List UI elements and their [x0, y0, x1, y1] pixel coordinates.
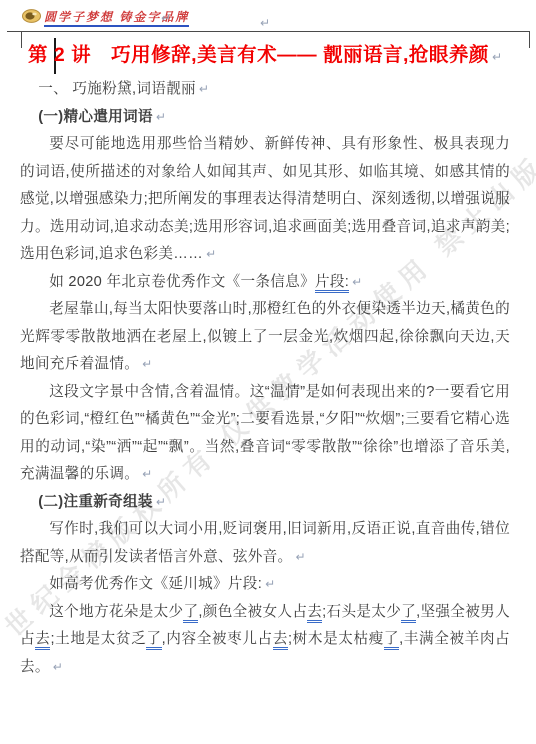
section-heading-text: 一、 巧施粉黛,词语靓丽: [38, 81, 196, 97]
section-heading: 一、 巧施粉黛,词语靓丽↵: [20, 76, 510, 104]
paragraph-mark-icon: ↵: [260, 16, 270, 30]
body-text: 树木是太枯瘦: [292, 631, 384, 647]
paragraph-mark-icon: ↵: [492, 50, 502, 64]
paragraph-mark-icon: ↵: [199, 82, 209, 96]
quoted-essay-paragraph: 老屋靠山,每当太阳快要落山时,那橙红色的外衣便染透半边天,橘黄色的光辉零零散散地…: [20, 296, 510, 379]
body-text: 老屋靠山,每当太阳快要落山时,那橙红色的外衣便染透半边天,橘黄色的光辉零零散散地…: [20, 301, 510, 372]
analysis-paragraph: 这段文字景中含情,含着温情。这“温情”是如何表现出来的?一要看它用的色彩词,“橙…: [20, 379, 510, 489]
paragraph-mark-icon: ↵: [352, 275, 362, 289]
publisher-logo-icon: [22, 9, 41, 23]
subheading-2-text: (二)注重新奇组装: [38, 494, 153, 510]
grammar-marked-text[interactable]: 了: [401, 604, 416, 623]
paragraph-mark-icon: ↵: [265, 577, 275, 591]
document-content: 第 2 讲 巧用修辞,美言有术—— 靓丽语言,抢眼养颜↵ 一、 巧施粉黛,词语靓…: [20, 37, 510, 681]
paragraph-mark-icon: ↵: [161, 11, 171, 25]
margin-mark-right: [529, 31, 530, 48]
subheading-1: (一)精心遣用词语↵: [20, 104, 510, 132]
body-text: 如 2020 年北京卷优秀作文《一条信息》: [49, 274, 315, 290]
body-text: 这段文字景中含情,含着温情。这“温情”是如何表现出来的?一要看它用的色彩词,“橙…: [20, 384, 510, 483]
example-intro-paragraph: 如高考优秀作文《延川城》片段:↵: [20, 571, 510, 599]
body-text: 要尽可能地选用那些恰当精妙、新鲜传神、具有形象性、极具表现力的词语,使所描述的对…: [20, 136, 510, 262]
paragraph-mark-icon: ↵: [142, 467, 152, 481]
quoted-essay-paragraph-marked: 这个地方花朵是太少了,颜色全被女人占去;石头是太少了,坚强全被男人占去;土地是太…: [20, 599, 510, 682]
lesson-title-text: 第 2 讲 巧用修辞,美言有术—— 靓丽语言,抢眼养颜: [28, 44, 489, 66]
grammar-marked-text[interactable]: 了: [183, 604, 198, 623]
document-page: 世纪金榜版权所有 仅供教学活动使用 禁止出版等商用 圆学子梦想 铸金字品牌 ↵ …: [0, 0, 536, 744]
body-text: 如高考优秀作文《延川城》片段:: [49, 576, 262, 592]
paragraph-mark-icon: ↵: [156, 495, 166, 509]
paragraph-mark-icon: ↵: [53, 660, 63, 674]
grammar-marked-text[interactable]: 去: [307, 604, 322, 623]
grammar-marked-text[interactable]: 了: [146, 631, 161, 650]
paragraph-mark-icon: ↵: [206, 247, 216, 261]
body-text: 这个地方花朵是太少: [49, 604, 183, 620]
body-paragraph: 要尽可能地选用那些恰当精妙、新鲜传神、具有形象性、极具表现力的词语,使所描述的对…: [20, 131, 510, 269]
lesson-title: 第 2 讲 巧用修辞,美言有术—— 靓丽语言,抢眼养颜↵: [20, 37, 510, 76]
body-text: 写作时,我们可以大词小用,贬词褒用,旧词新用,反语正说,直音曲传,错位搭配等,从…: [20, 521, 510, 565]
body-text: 颜色全被女人占: [203, 604, 307, 620]
header-divider-line: [7, 31, 530, 32]
grammar-marked-text[interactable]: 去: [273, 631, 288, 650]
body-text: 内容全被枣儿占: [166, 631, 273, 647]
example-intro-paragraph: 如 2020 年北京卷优秀作文《一条信息》片段:↵: [20, 269, 510, 297]
paragraph-mark-icon: ↵: [156, 110, 166, 124]
grammar-marked-text[interactable]: 去: [35, 631, 50, 650]
body-paragraph: 写作时,我们可以大词小用,贬词褒用,旧词新用,反语正说,直音曲传,错位搭配等,从…: [20, 516, 510, 571]
subheading-2: (二)注重新奇组装↵: [20, 489, 510, 517]
body-text: 石头是太少: [327, 604, 402, 620]
grammar-marked-text[interactable]: 了: [384, 631, 399, 650]
paragraph-mark-icon: ↵: [142, 357, 152, 371]
grammar-marked-text[interactable]: 片段:: [315, 274, 349, 293]
paragraph-mark-icon: ↵: [295, 550, 305, 564]
body-text: 土地是太贫乏: [55, 631, 147, 647]
subheading-1-text: (一)精心遣用词语: [38, 109, 153, 125]
